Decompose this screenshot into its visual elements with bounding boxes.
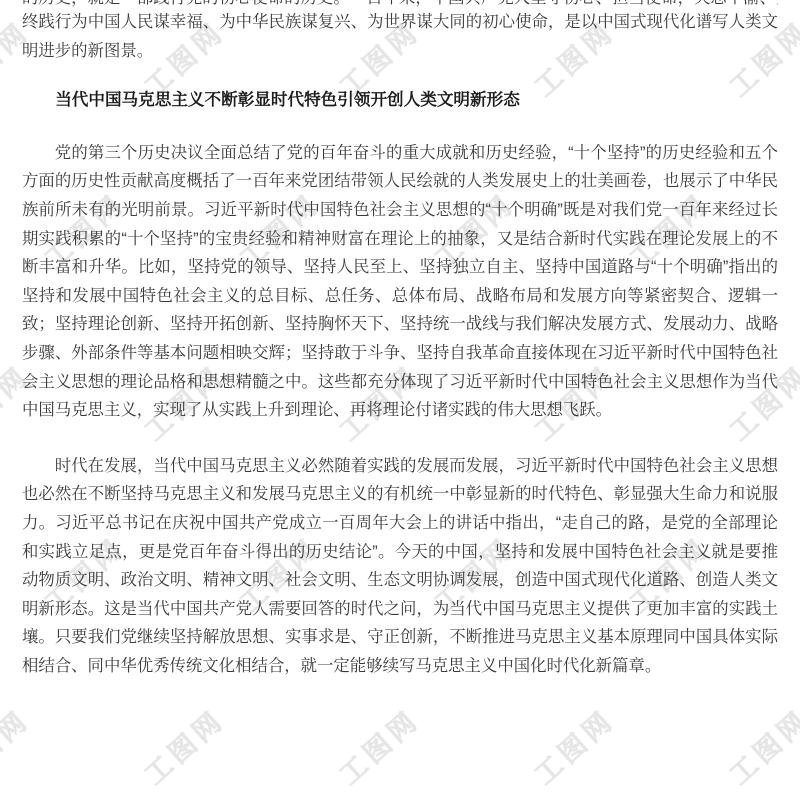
clipped-top-line: 的历史，就是一部践行党的初心使命的历史。一百年来，中国共产党人坚守初心、担当使命… bbox=[22, 0, 778, 8]
document-body: 的历史，就是一部践行党的初心使命的历史。一百年来，中国共产党人坚守初心、担当使命… bbox=[22, 0, 778, 680]
watermark-text: 工图网 bbox=[134, 699, 231, 792]
clipped-line-text: 的历史，就是一部践行党的初心使命的历史。一百年来，中国共产党人坚守初心、担当使命… bbox=[22, 0, 778, 8]
watermark-text: 工图网 bbox=[524, 699, 621, 792]
paragraph-continuation: 终践行为中国人民谋幸福、为中华民族谋复兴、为世界谋大同的初心使命，是以中国式现代… bbox=[22, 8, 778, 65]
paragraph-body-1: 党的第三个历史决议全面总结了党的百年奋斗的重大成就和历史经验，“十个坚持”的历史… bbox=[22, 139, 778, 425]
watermark-text: 工图网 bbox=[0, 699, 37, 792]
section-heading: 当代中国马克思主义不断彰显时代特色引领开创人类文明新形态 bbox=[22, 86, 778, 115]
document-page: 工图网工图网工图网工图网工图网工图网工图网工图网工图网工图网工图网工图网工图网工… bbox=[0, 0, 800, 800]
watermark-text: 工图网 bbox=[719, 699, 800, 792]
watermark-text: 工图网 bbox=[329, 699, 426, 792]
paragraph-body-2: 时代在发展，当代中国马克思主义必然随着实践的发展而发展，习近平新时代中国特色社会… bbox=[22, 452, 778, 681]
